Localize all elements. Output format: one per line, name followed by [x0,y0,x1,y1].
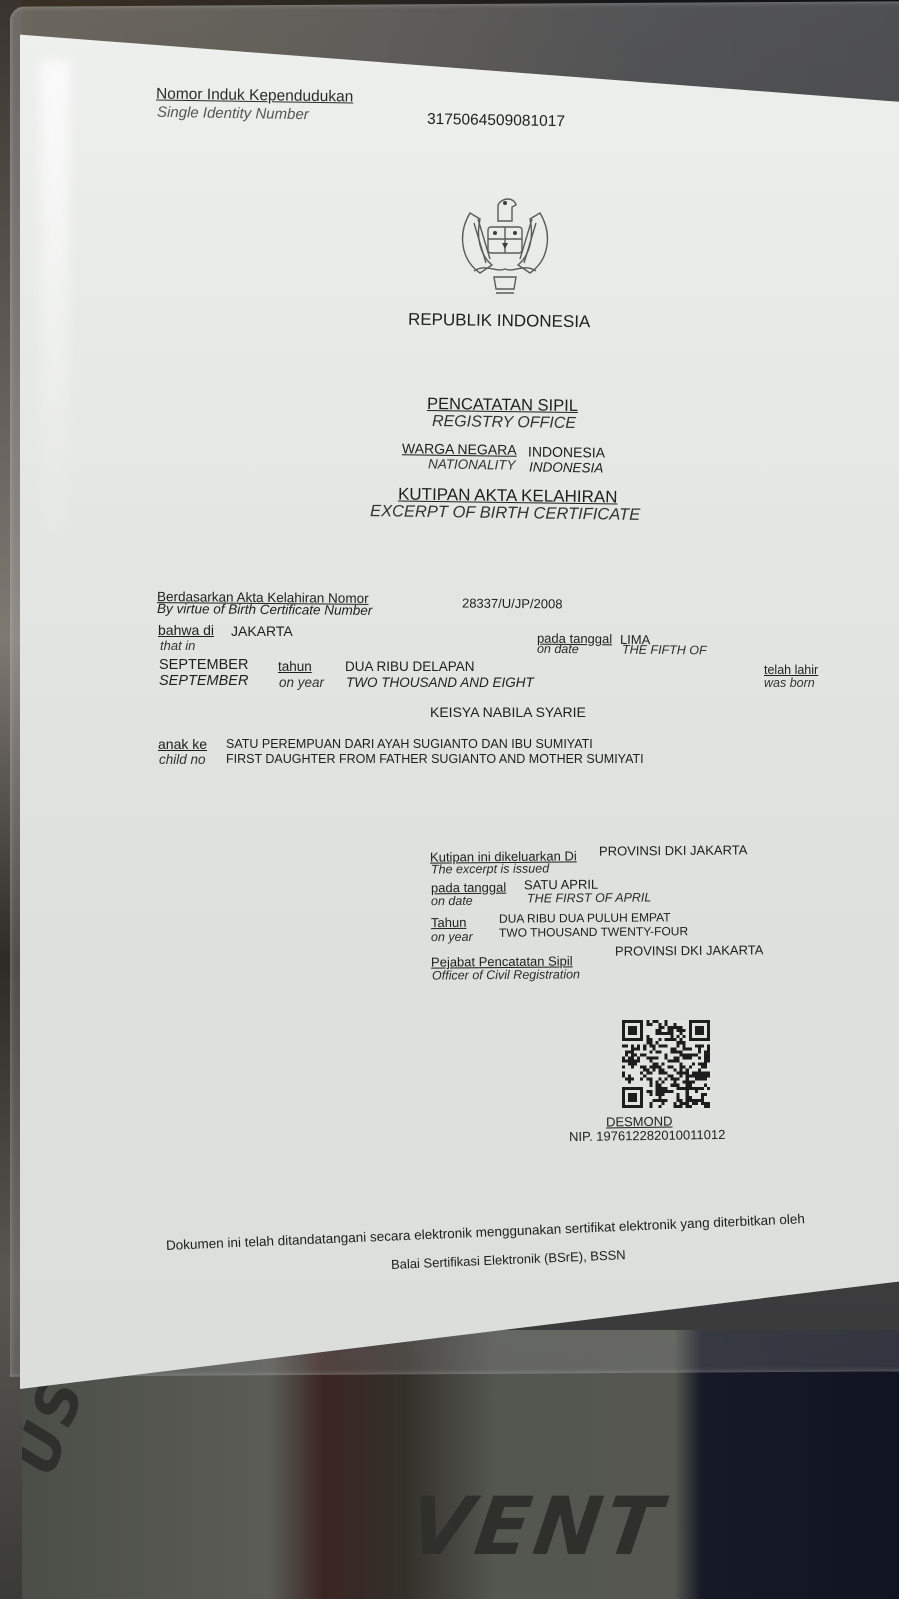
birth-day-value-en: THE FIFTH OF [622,643,707,658]
nik-value: 3175064509081017 [427,111,565,131]
nationality-value-en: INDONESIA [529,459,603,475]
office-label-en: REGISTRY OFFICE [432,413,576,433]
child-order-value: SATU PEREMPUAN DARI AYAH SUGIANTO DAN IB… [226,737,593,751]
garuda-emblem-icon [450,193,560,301]
issued-date-label-en: on date [431,894,473,908]
born-label: telah lahir [764,663,818,677]
cert-number-value: 28337/U/JP/2008 [462,596,563,612]
birth-date-label-en: on date [537,642,579,656]
issued-year-value: DUA RIBU DUA PULUH EMPAT [499,910,671,925]
nationality-label: WARGA NEGARA [402,440,517,458]
nationality-label-en: NATIONALITY [428,456,516,472]
footer-line-1: Dokumen ini telah ditandatangani secara … [166,1211,805,1253]
officer-label-en: Officer of Civil Registration [432,967,580,982]
cert-number-label-en: By virtue of Birth Certificate Number [157,601,372,618]
birth-month-value-en: SEPTEMBER [159,673,248,689]
child-name: KEISYA NABILA SYARIE [430,704,586,720]
child-order-label-en: child no [159,752,206,767]
signatory-nip: NIP. 197612282010011012 [569,1127,726,1144]
qr-code-icon [622,1020,710,1108]
nationality-value: INDONESIA [528,443,605,460]
birth-year-value-en: TWO THOUSAND AND EIGHT [346,675,534,690]
issued-year-label-en: on year [431,930,473,944]
issued-place-label-en: The excerpt is issued [431,861,549,876]
nik-label-en: Single Identity Number [157,104,309,123]
birth-year-label-en: on year [279,675,324,690]
issued-date-value: SATU APRIL [524,877,598,893]
birth-month-value: SEPTEMBER [159,657,248,673]
footer-line-2: Balai Sertifikasi Elektronik (BSrE), BSS… [391,1247,626,1272]
officer-office: PROVINSI DKI JAKARTA [615,942,763,958]
issued-year-value-en: TWO THOUSAND TWENTY-FOUR [499,924,688,940]
birth-place-value: JAKARTA [231,623,293,639]
document-content: Nomor Induk Kependudukan Single Identity… [0,0,899,1599]
document-title-en: EXCERPT OF BIRTH CERTIFICATE [370,502,640,525]
issued-place-value: PROVINSI DKI JAKARTA [599,842,747,858]
issued-date-value-en: THE FIRST OF APRIL [527,890,651,905]
birth-year-label: tahun [278,659,312,674]
child-order-value-en: FIRST DAUGHTER FROM FATHER SUGIANTO AND … [226,752,644,766]
born-label-en: was born [764,676,815,690]
birth-place-label-en: that in [160,638,195,653]
country-heading: REPUBLIK INDONESIA [408,310,591,333]
birth-year-value: DUA RIBU DELAPAN [345,659,475,674]
birth-place-label: bahwa di [158,622,214,638]
issued-year-label: Tahun [431,915,467,930]
child-order-label: anak ke [158,736,207,752]
